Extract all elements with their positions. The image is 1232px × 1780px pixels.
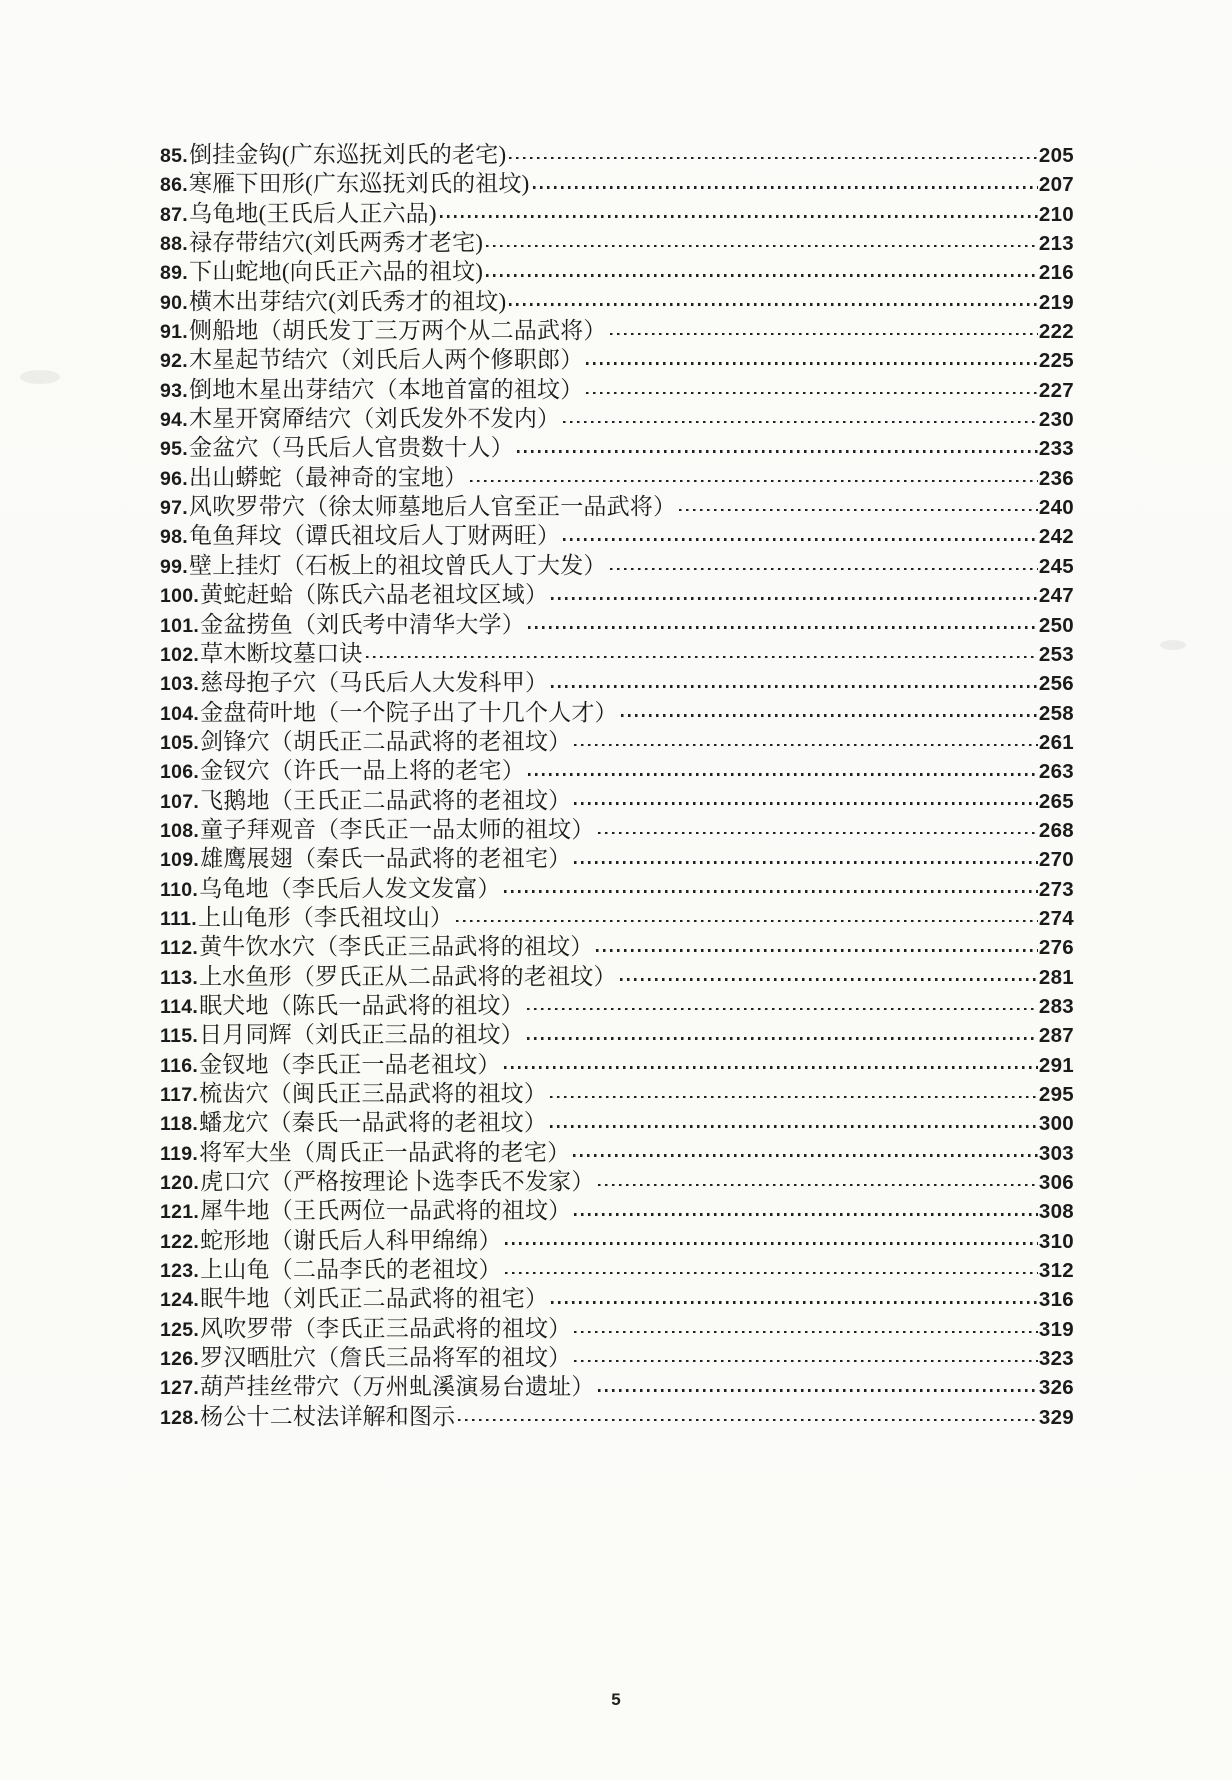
entry-page-number: 245 [1039, 555, 1074, 579]
toc-entry: 121. 犀牛地（王氏两位一品武将的祖坟） 308 [160, 1192, 1074, 1221]
entry-page-number: 306 [1039, 1171, 1074, 1195]
entry-title: 雄鹰展翅（秦氏一品武将的老祖宅） [200, 840, 571, 873]
toc-entry: 112. 黄牛饮水穴（李氏正三品武将的祖坟） 276 [160, 928, 1074, 957]
toc-entry: 92. 木星起节结穴（刘氏后人两个修职郎） 225 [160, 341, 1074, 370]
entry-page-number: 291 [1039, 1054, 1074, 1078]
entry-page-number: 295 [1039, 1083, 1074, 1107]
toc-entry: 100. 黄蛇赶蛤（陈氏六品老祖坟区域） 247 [160, 576, 1074, 605]
entry-title: 上山龟（二品李氏的老祖坟） [200, 1251, 502, 1284]
dot-leader [527, 1037, 1038, 1040]
entry-page-number: 283 [1039, 995, 1074, 1019]
entry-number: 122. [160, 1231, 199, 1254]
entry-number: 117. [160, 1084, 198, 1107]
entry-number: 127. [160, 1377, 199, 1400]
entry-title: 木星起节结穴（刘氏后人两个修职郎） [189, 341, 583, 374]
entry-number: 118. [160, 1113, 198, 1136]
entry-number: 114. [160, 996, 198, 1019]
toc-entry: 109. 雄鹰展翅（秦氏一品武将的老祖宅） 270 [160, 840, 1074, 869]
dot-leader [504, 890, 1038, 893]
entry-page-number: 329 [1039, 1406, 1074, 1430]
dot-leader [509, 303, 1038, 306]
dot-leader [574, 802, 1038, 805]
toc-entry: 104. 金盘荷叶地（一个院子出了十几个人才） 258 [160, 694, 1074, 723]
entry-number: 108. [160, 820, 199, 843]
entry-number: 112. [160, 937, 198, 960]
toc-entry: 117. 梳齿穴（闽氏正三品武将的祖坟） 295 [160, 1075, 1074, 1104]
entry-number: 106. [160, 761, 199, 784]
entry-title: 乌龟地(王氏后人正六品) [189, 195, 437, 228]
dot-leader [573, 1154, 1038, 1157]
toc-entry: 93. 倒地木星出芽结穴（本地首富的祖坟） 227 [160, 371, 1074, 400]
entry-title: 禄存带结穴(刘氏两秀才老宅) [189, 224, 483, 257]
toc-entry: 108. 童子拜观音（李氏正一品太师的祖坟） 268 [160, 811, 1074, 840]
entry-title: 木星开窝厣结穴（刘氏发外不发内） [189, 400, 560, 433]
dot-leader [528, 626, 1038, 629]
entry-number: 95. [160, 438, 188, 461]
entry-number: 90. [160, 292, 188, 315]
toc-entry: 98. 龟鱼拜坟（谭氏祖坟后人丁财两旺） 242 [160, 517, 1074, 546]
dot-leader [598, 1389, 1038, 1392]
entry-page-number: 225 [1039, 349, 1074, 373]
dot-leader [574, 861, 1038, 864]
dot-leader [551, 597, 1038, 600]
entry-title: 倒挂金钩(广东巡抚刘氏的老宅) [189, 136, 506, 169]
dot-leader [610, 333, 1038, 336]
dot-leader [440, 215, 1038, 218]
entry-number: 116. [160, 1055, 198, 1078]
entry-title: 杨公十二杖法详解和图示 [200, 1398, 455, 1431]
entry-title: 侧船地（胡氏发丁三万两个从二品武将） [189, 312, 607, 345]
dot-leader [551, 1301, 1038, 1304]
toc-entry: 119. 将军大坐（周氏正一品武将的老宅） 303 [160, 1134, 1074, 1163]
entry-page-number: 312 [1039, 1259, 1074, 1283]
dot-leader [528, 773, 1038, 776]
dot-leader [620, 978, 1038, 981]
toc-entry: 113. 上水鱼形（罗氏正从二品武将的老祖坟） 281 [160, 958, 1074, 987]
entry-title: 寒雁下田形(广东巡抚刘氏的祖坟) [189, 165, 530, 198]
entry-title: 倒地木星出芽结穴（本地首富的祖坟） [189, 371, 583, 404]
entry-page-number: 274 [1039, 907, 1074, 931]
entry-title: 日月同辉（刘氏正三品的祖坟） [199, 1016, 524, 1049]
toc-entry: 86. 寒雁下田形(广东巡抚刘氏的祖坟) 207 [160, 165, 1074, 194]
entry-page-number: 263 [1039, 760, 1074, 784]
entry-page-number: 281 [1039, 966, 1074, 990]
entry-title: 金盆穴（马氏后人官贵数十人） [189, 429, 514, 462]
dot-leader [509, 157, 1038, 160]
entry-title: 梳齿穴（闽氏正三品武将的祖坟） [199, 1075, 547, 1108]
entry-page-number: 310 [1039, 1230, 1074, 1254]
entry-page-number: 242 [1039, 525, 1074, 549]
entry-number: 101. [160, 615, 199, 638]
entry-title: 眠牛地（刘氏正二品武将的祖宅） [200, 1280, 548, 1313]
entry-page-number: 287 [1039, 1024, 1074, 1048]
entry-page-number: 253 [1039, 643, 1074, 667]
entry-number: 104. [160, 703, 199, 726]
entry-title: 童子拜观音（李氏正一品太师的祖坟） [200, 811, 594, 844]
toc-entry: 111. 上山龟形（李氏祖坟山） 274 [160, 899, 1074, 928]
toc-list: 85. 倒挂金钩(广东巡抚刘氏的老宅) 205 86. 寒雁下田形(广东巡抚刘氏… [160, 136, 1074, 1427]
entry-page-number: 213 [1039, 232, 1074, 256]
entry-number: 103. [160, 673, 199, 696]
toc-entry: 126. 罗汉晒肚穴（詹氏三品将军的祖坟） 323 [160, 1339, 1074, 1368]
toc-entry: 120. 虎口穴（严格按理论卜选李氏不发家） 306 [160, 1163, 1074, 1192]
entry-title: 眠犬地（陈氏一品武将的祖坟） [199, 987, 524, 1020]
entry-title: 乌龟地（李氏后人发文发富） [199, 870, 501, 903]
dot-leader [574, 1331, 1038, 1334]
entry-number: 92. [160, 350, 188, 373]
toc-entry: 125. 风吹罗带（李氏正三品武将的祖坟） 319 [160, 1310, 1074, 1339]
entry-number: 100. [160, 585, 199, 608]
entry-number: 91. [160, 321, 188, 344]
dot-leader [574, 1213, 1038, 1216]
entry-page-number: 250 [1039, 614, 1074, 638]
entry-page-number: 265 [1039, 790, 1074, 814]
dot-leader [456, 920, 1038, 923]
toc-entry: 107. 飞鹅地（王氏正二品武将的老祖坟） 265 [160, 782, 1074, 811]
dot-leader [610, 568, 1038, 571]
entry-number: 119. [160, 1143, 198, 1166]
toc-entry: 91. 侧船地（胡氏发丁三万两个从二品武将） 222 [160, 312, 1074, 341]
entry-page-number: 219 [1039, 291, 1074, 315]
entry-number: 97. [160, 497, 188, 520]
entry-page-number: 319 [1039, 1318, 1074, 1342]
entry-number: 123. [160, 1260, 199, 1283]
entry-title: 飞鹅地（王氏正二品武将的老祖坟） [200, 782, 571, 815]
entry-page-number: 256 [1039, 672, 1074, 696]
toc-entry: 118. 蟠龙穴（秦氏一品武将的老祖坟） 300 [160, 1104, 1074, 1133]
entry-page-number: 326 [1039, 1376, 1074, 1400]
dot-leader [505, 1242, 1038, 1245]
entry-number: 124. [160, 1289, 199, 1312]
scan-artifact [1160, 640, 1186, 650]
dot-leader [551, 685, 1038, 688]
dot-leader [517, 450, 1038, 453]
dot-leader [504, 1066, 1038, 1069]
toc-entry: 115. 日月同辉（刘氏正三品的祖坟） 287 [160, 1016, 1074, 1045]
entry-title: 虎口穴（严格按理论卜选李氏不发家） [200, 1163, 594, 1196]
entry-number: 110. [160, 879, 198, 902]
page-number: 5 [611, 1690, 620, 1709]
entry-number: 94. [160, 409, 188, 432]
entry-number: 96. [160, 468, 188, 491]
entry-page-number: 276 [1039, 936, 1074, 960]
toc-entry: 89. 下山蛇地(向氏正六品的祖坟) 216 [160, 253, 1074, 282]
entry-page-number: 222 [1039, 320, 1074, 344]
entry-page-number: 273 [1039, 878, 1074, 902]
entry-page-number: 240 [1039, 496, 1074, 520]
dot-leader [366, 656, 1038, 659]
toc-entry: 95. 金盆穴（马氏后人官贵数十人） 233 [160, 429, 1074, 458]
toc-entry: 97. 风吹罗带穴（徐太师墓地后人官至正一品武将） 240 [160, 488, 1074, 517]
entry-number: 105. [160, 732, 199, 755]
dot-leader [586, 392, 1037, 395]
dot-leader [563, 421, 1038, 424]
toc-entry: 87. 乌龟地(王氏后人正六品) 210 [160, 195, 1074, 224]
entry-title: 风吹罗带穴（徐太师墓地后人官至正一品武将） [189, 488, 676, 521]
entry-number: 107. [160, 791, 199, 814]
entry-number: 87. [160, 204, 188, 227]
toc-entry: 103. 慈母抱子穴（马氏后人大发科甲） 256 [160, 664, 1074, 693]
entry-title: 下山蛇地(向氏正六品的祖坟) [189, 253, 483, 286]
dot-leader [458, 1419, 1038, 1422]
entry-number: 89. [160, 262, 188, 285]
dot-leader [486, 245, 1038, 248]
toc-entry: 127. 葫芦挂丝带穴（万州虬溪演易台遗址） 326 [160, 1368, 1074, 1397]
dot-leader [598, 1184, 1038, 1187]
toc-entry: 128. 杨公十二杖法详解和图示 329 [160, 1398, 1074, 1427]
entry-title: 将军大坐（周氏正一品武将的老宅） [199, 1134, 570, 1167]
entry-number: 125. [160, 1319, 199, 1342]
toc-entry: 105. 剑锋穴（胡氏正二品武将的老祖坟） 261 [160, 723, 1074, 752]
entry-page-number: 303 [1039, 1142, 1074, 1166]
entry-title: 蟠龙穴（秦氏一品武将的老祖坟） [199, 1104, 547, 1137]
entry-title: 风吹罗带（李氏正三品武将的祖坟） [200, 1310, 571, 1343]
entry-page-number: 270 [1039, 848, 1074, 872]
entry-number: 120. [160, 1172, 199, 1195]
toc-entry: 122. 蛇形地（谢氏后人科甲绵绵） 310 [160, 1222, 1074, 1251]
toc-entry: 90. 横木出芽结穴(刘氏秀才的祖坟) 219 [160, 283, 1074, 312]
toc-entry: 114. 眠犬地（陈氏一品武将的祖坟） 283 [160, 987, 1074, 1016]
toc-entry: 110. 乌龟地（李氏后人发文发富） 273 [160, 870, 1074, 899]
toc-entry: 101. 金盆捞鱼（刘氏考中清华大学） 250 [160, 606, 1074, 635]
entry-title: 横木出芽结穴(刘氏秀才的祖坟) [189, 283, 506, 316]
entry-page-number: 258 [1039, 702, 1074, 726]
entry-title: 金盘荷叶地（一个院子出了十几个人才） [200, 694, 618, 727]
toc-entry: 85. 倒挂金钩(广东巡抚刘氏的老宅) 205 [160, 136, 1074, 165]
entry-page-number: 210 [1039, 203, 1074, 227]
dot-leader [563, 538, 1038, 541]
page-footer: 5 [0, 1690, 1232, 1710]
entry-title: 黄牛饮水穴（李氏正三品武将的祖坟） [199, 928, 593, 961]
entry-page-number: 216 [1039, 261, 1074, 285]
entry-page-number: 236 [1039, 467, 1074, 491]
entry-number: 86. [160, 174, 188, 197]
entry-title: 龟鱼拜坟（谭氏祖坟后人丁财两旺） [189, 517, 560, 550]
entry-page-number: 268 [1039, 819, 1074, 843]
entry-page-number: 230 [1039, 408, 1074, 432]
entry-page-number: 227 [1039, 379, 1074, 403]
dot-leader [550, 1096, 1038, 1099]
entry-title: 金钗穴（许氏一品上将的老宅） [200, 752, 525, 785]
toc-entry: 123. 上山龟（二品李氏的老祖坟） 312 [160, 1251, 1074, 1280]
entry-title: 壁上挂灯（石板上的祖坟曾氏人丁大发） [189, 547, 607, 580]
entry-number: 121. [160, 1201, 199, 1224]
entry-title: 出山蟒蛇（最神奇的宝地） [189, 459, 467, 492]
entry-title: 罗汉晒肚穴（詹氏三品将军的祖坟） [200, 1339, 571, 1372]
entry-number: 128. [160, 1407, 199, 1430]
entry-page-number: 323 [1039, 1347, 1074, 1371]
dot-leader [586, 362, 1037, 365]
dot-leader [470, 480, 1037, 483]
entry-number: 98. [160, 526, 188, 549]
entry-title: 金盆捞鱼（刘氏考中清华大学） [200, 606, 525, 639]
entry-number: 93. [160, 380, 188, 403]
toc-entry: 94. 木星开窝厣结穴（刘氏发外不发内） 230 [160, 400, 1074, 429]
entry-page-number: 300 [1039, 1112, 1074, 1136]
entry-number: 99. [160, 556, 188, 579]
entry-number: 102. [160, 644, 199, 667]
entry-title: 剑锋穴（胡氏正二品武将的老祖坟） [200, 723, 571, 756]
dot-leader [574, 744, 1038, 747]
entry-number: 126. [160, 1348, 199, 1371]
dot-leader [550, 1125, 1038, 1128]
toc-entry: 116. 金钗地（李氏正一品老祖坟） 291 [160, 1046, 1074, 1075]
entry-page-number: 308 [1039, 1200, 1074, 1224]
dot-leader [527, 1008, 1038, 1011]
dot-leader [486, 274, 1038, 277]
entry-title: 上水鱼形（罗氏正从二品武将的老祖坟） [199, 958, 617, 991]
entry-number: 115. [160, 1025, 198, 1048]
toc-entry: 106. 金钗穴（许氏一品上将的老宅） 263 [160, 752, 1074, 781]
dot-leader [596, 949, 1037, 952]
entry-title: 草木断坟墓口诀 [200, 635, 362, 668]
entry-title: 葫芦挂丝带穴（万州虬溪演易台遗址） [200, 1368, 594, 1401]
entry-page-number: 247 [1039, 584, 1074, 608]
entry-title: 蛇形地（谢氏后人科甲绵绵） [200, 1222, 502, 1255]
entry-title: 慈母抱子穴（马氏后人大发科甲） [200, 664, 548, 697]
toc-entry: 96. 出山蟒蛇（最神奇的宝地） 236 [160, 459, 1074, 488]
entry-title: 黄蛇赶蛤（陈氏六品老祖坟区域） [200, 576, 548, 609]
dot-leader [533, 186, 1038, 189]
entry-page-number: 316 [1039, 1288, 1074, 1312]
dot-leader [574, 1360, 1038, 1363]
dot-leader [621, 714, 1038, 717]
entry-number: 111. [160, 908, 197, 931]
dot-leader [598, 832, 1038, 835]
entry-title: 犀牛地（王氏两位一品武将的祖坟） [200, 1192, 571, 1225]
toc-entry: 124. 眠牛地（刘氏正二品武将的祖宅） 316 [160, 1280, 1074, 1309]
entry-number: 88. [160, 233, 188, 256]
entry-page-number: 207 [1039, 173, 1074, 197]
toc-entry: 88. 禄存带结穴(刘氏两秀才老宅) 213 [160, 224, 1074, 253]
entry-page-number: 205 [1039, 144, 1074, 168]
entry-page-number: 261 [1039, 731, 1074, 755]
entry-number: 113. [160, 967, 198, 990]
entry-title: 上山龟形（李氏祖坟山） [198, 899, 453, 932]
toc-entry: 102. 草木断坟墓口诀 253 [160, 635, 1074, 664]
entry-title: 金钗地（李氏正一品老祖坟） [199, 1046, 501, 1079]
entry-page-number: 233 [1039, 437, 1074, 461]
scan-artifact [20, 370, 60, 384]
document-page: 85. 倒挂金钩(广东巡抚刘氏的老宅) 205 86. 寒雁下田形(广东巡抚刘氏… [0, 0, 1232, 1780]
entry-number: 85. [160, 145, 188, 168]
toc-entry: 99. 壁上挂灯（石板上的祖坟曾氏人丁大发） 245 [160, 547, 1074, 576]
dot-leader [679, 509, 1038, 512]
entry-number: 109. [160, 849, 199, 872]
dot-leader [505, 1272, 1038, 1275]
